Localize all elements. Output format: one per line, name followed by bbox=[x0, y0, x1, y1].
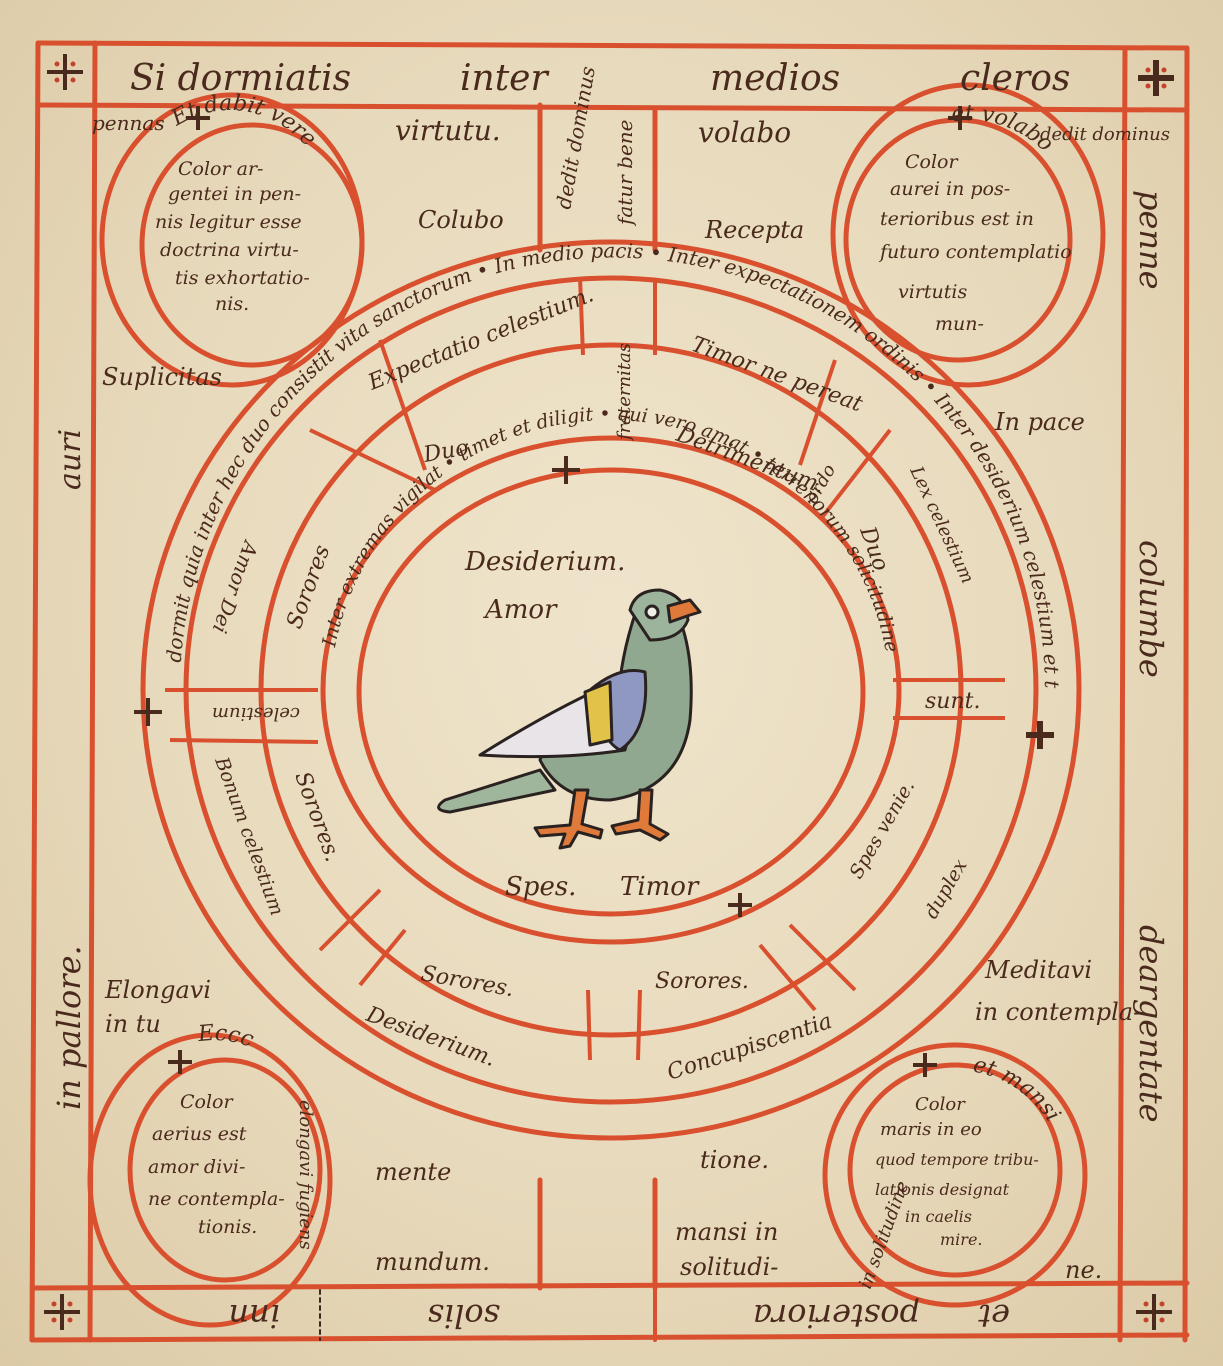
band-word-inverted: inn bbox=[229, 1297, 280, 1335]
panel-tione: tione. bbox=[700, 1146, 769, 1174]
circle-line: ne contempla- bbox=[148, 1188, 285, 1210]
sector-label: fraternitas bbox=[614, 343, 635, 442]
sector-label: Amor Dei bbox=[208, 536, 264, 636]
inner-ring-text: Inter extremas vigilat • timet et diligi… bbox=[318, 403, 903, 654]
center-word-desiderium: Desiderium. bbox=[464, 547, 625, 577]
circle-line: Color bbox=[905, 151, 959, 173]
panel-word: Colubo bbox=[418, 206, 504, 234]
circle-line: nis legitur esse bbox=[155, 211, 302, 233]
dove-diagram: Si dormiatis inter medios cleros inn sol… bbox=[0, 0, 1223, 1366]
note-in-tu: in tu bbox=[105, 1010, 161, 1038]
panel-word: volabo bbox=[698, 116, 791, 149]
note-meditavi: Meditavi bbox=[984, 956, 1092, 984]
circle-line: mun- bbox=[935, 313, 984, 335]
band-word-vertical: in pallore. bbox=[50, 945, 88, 1110]
sector-label: duplex bbox=[920, 855, 971, 922]
dove-illustration bbox=[439, 590, 700, 848]
circle-line: tis exhortatio- bbox=[175, 267, 310, 289]
center-word-timor: Timor bbox=[620, 872, 700, 902]
panel-mundum: mundum. bbox=[375, 1248, 490, 1276]
center-word-amor: Amor bbox=[483, 595, 558, 625]
band-word-vertical: penne bbox=[1132, 190, 1170, 290]
note-suplicitas: Suplicitas bbox=[102, 363, 222, 391]
panel-word-vertical: fatur bene bbox=[613, 119, 637, 227]
circle-line: aerius est bbox=[152, 1123, 247, 1145]
right-band: penne columbe deargentate bbox=[1132, 190, 1170, 1123]
note-elongavi: Elongavi bbox=[104, 976, 211, 1004]
ring-text: Et dabit vere bbox=[166, 91, 321, 152]
note-in-contempla: in contempla- bbox=[975, 998, 1141, 1026]
cross-icon bbox=[552, 456, 580, 484]
circle-line: quod tempore tribu- bbox=[875, 1150, 1039, 1169]
circle-line: Color bbox=[180, 1091, 234, 1113]
left-band: auri in pallore. bbox=[50, 429, 88, 1110]
top-left-circle: Et dabit vere pennas Color ar- gentei in… bbox=[92, 91, 321, 315]
dove-wing-gold bbox=[585, 682, 612, 745]
panel-word: virtutu. bbox=[395, 114, 501, 147]
ring-text: Eccc bbox=[196, 1021, 257, 1053]
sector-label: Sorores. bbox=[655, 969, 749, 994]
sector-label: Concupiscentia bbox=[664, 1009, 835, 1086]
circle-line: mire. bbox=[940, 1230, 983, 1249]
band-word: cleros bbox=[960, 58, 1070, 99]
circle-line: nis. bbox=[215, 293, 249, 315]
circle-line: doctrina virtu- bbox=[160, 239, 299, 261]
band-word: inter bbox=[460, 58, 549, 99]
corner-note: pennas bbox=[92, 111, 165, 135]
sector-label: Detrimentum. bbox=[672, 422, 828, 499]
sector-label: Sorores. bbox=[289, 769, 345, 866]
circle-line: virtutis bbox=[898, 281, 967, 303]
panel-word-vertical: dedit dominus bbox=[551, 64, 600, 210]
circle-line: terioribus est in bbox=[880, 208, 1034, 230]
center-word-spes: Spes. bbox=[505, 872, 576, 902]
cross-icon bbox=[1136, 1294, 1172, 1330]
circle-line: futuro contemplatio bbox=[878, 241, 1072, 263]
sector-label: sunt. bbox=[925, 689, 980, 714]
cross-icon bbox=[44, 1294, 80, 1330]
circle-line: maris in eo bbox=[880, 1119, 982, 1140]
panel-solitudi: solitudi- bbox=[680, 1253, 778, 1281]
cross-icon bbox=[1138, 60, 1174, 96]
sector-label: Bonum celestium bbox=[210, 753, 288, 918]
sector-label: Sorores. bbox=[419, 961, 516, 1002]
band-word-vertical: columbe bbox=[1132, 540, 1170, 678]
panel-mente: mente bbox=[375, 1158, 451, 1186]
note-in-pace: In pace bbox=[994, 408, 1085, 436]
circle-line: Color ar- bbox=[178, 158, 263, 180]
band-word-inverted: et bbox=[978, 1297, 1010, 1335]
band-word: medios bbox=[710, 58, 840, 99]
panel-ne: ne. bbox=[1065, 1256, 1102, 1284]
dove-eye bbox=[646, 606, 658, 618]
circle-line: aurei in pos- bbox=[890, 178, 1010, 200]
circle-line: in caelis bbox=[905, 1207, 972, 1226]
bottom-left-circle: Eccc Color aerius est amor divi- ne cont… bbox=[148, 1021, 316, 1250]
sector-label: Spes venie. bbox=[845, 776, 919, 882]
band-word-inverted: posteriora bbox=[753, 1297, 920, 1335]
bottom-band: inn solis posteriora et bbox=[229, 1297, 1010, 1335]
circle-line: gentei in pen- bbox=[168, 183, 301, 205]
manuscript-page: Si dormiatis inter medios cleros inn sol… bbox=[0, 0, 1223, 1366]
band-word-inverted: solis bbox=[427, 1297, 500, 1335]
circle-outer-text: dedit dominus bbox=[1040, 124, 1170, 145]
band-word-vertical: auri bbox=[53, 429, 88, 490]
panel-mansi-in: mansi in bbox=[675, 1218, 778, 1246]
circle-line: Color bbox=[915, 1094, 966, 1115]
cross-icon bbox=[47, 54, 83, 90]
panel-word: Recepta bbox=[704, 216, 804, 244]
circle-line: amor divi- bbox=[148, 1156, 245, 1178]
dove-tail bbox=[439, 770, 555, 812]
sector-label-inverted: celestium bbox=[212, 703, 300, 724]
cross-icon bbox=[134, 698, 162, 726]
circle-line: tionis. bbox=[198, 1216, 257, 1238]
circle-outer-text: elongavi fugiens bbox=[295, 1100, 316, 1250]
